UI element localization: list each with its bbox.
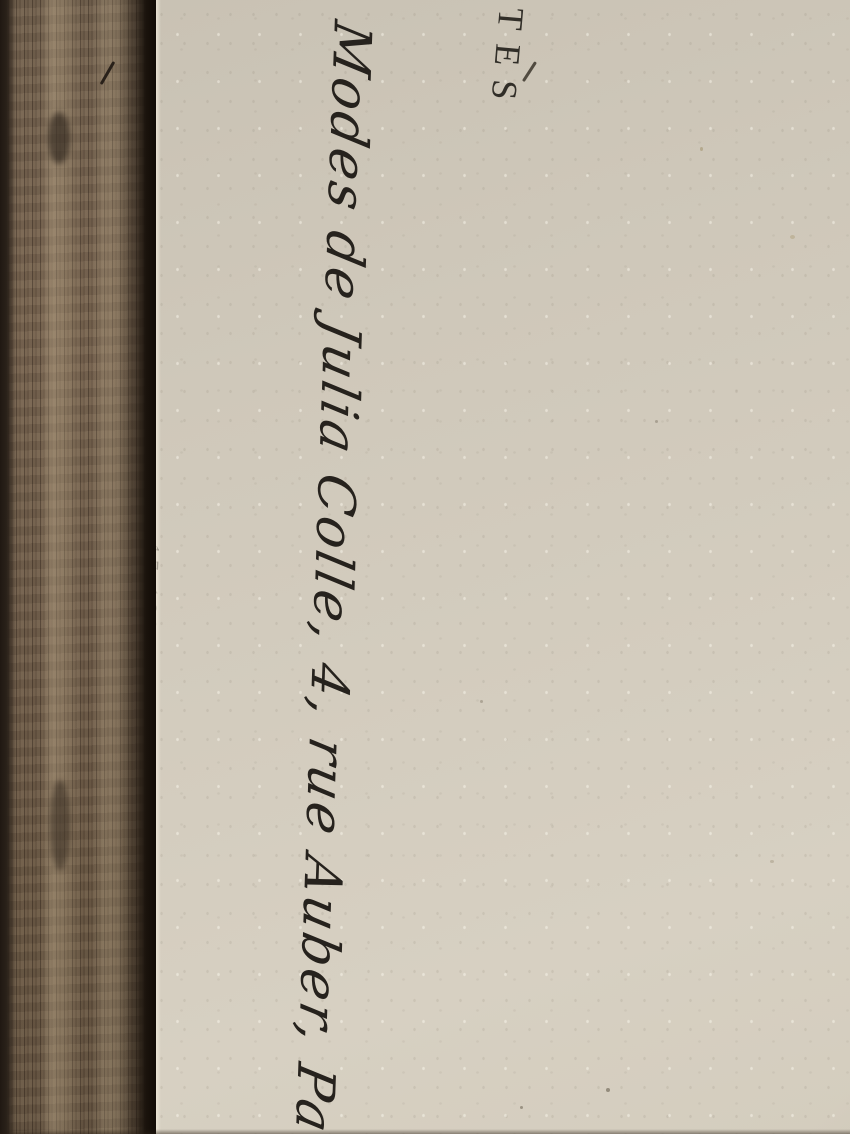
- paper-fleck: [770, 860, 774, 863]
- wood-edge: [0, 0, 156, 1134]
- photo-of-book-page: TES Modes de Julia Colle, 4, rue Auber, …: [0, 0, 850, 1134]
- photo-bottom-shadow: [0, 1129, 850, 1134]
- paper-fleck: [790, 235, 795, 239]
- wood-knot: [48, 112, 70, 164]
- paper-fleck: [480, 700, 483, 703]
- paper-fleck: [606, 1088, 610, 1092]
- paper-edge-highlight: [156, 0, 161, 1134]
- paper-fleck: [655, 420, 658, 423]
- wood-knot: [50, 780, 70, 870]
- wood-scratch-mark: [100, 61, 116, 85]
- paper-fleck: [520, 1106, 523, 1109]
- paper-fleck: [700, 147, 703, 151]
- paper-page: [150, 0, 850, 1134]
